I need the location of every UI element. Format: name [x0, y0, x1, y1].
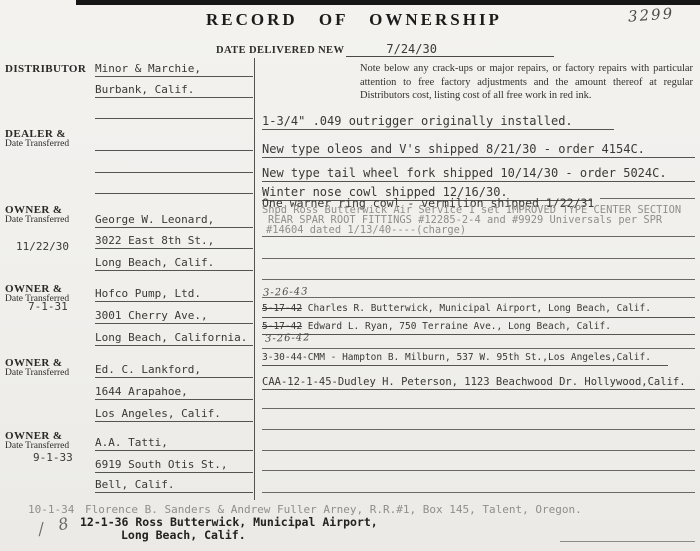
owner-name: Ed. C. Lankford, — [95, 361, 253, 378]
dealer-blank-line — [95, 134, 253, 151]
blank-rule — [262, 348, 695, 349]
distributor-city: Burbank, Calif. — [95, 81, 253, 98]
footer-entry-owner: 12-1-36 Ross Butterwick, Municipal Airpo… — [80, 515, 378, 529]
blank-rule — [262, 470, 695, 471]
blank-rule — [262, 450, 695, 451]
owner-sublabel: Date Transferred — [5, 368, 69, 378]
repair-entry: 1-3/4" .049 outrigger originally install… — [262, 113, 614, 130]
owner-city: Long Beach, Calif. — [95, 254, 253, 271]
blank-rule — [262, 429, 695, 430]
handwritten-mark: ∕ 8 — [36, 513, 75, 539]
transfer-entry: 5-17-42 Edward L. Ryan, 750 Terraine Ave… — [262, 319, 695, 335]
transfer-entry: 5-17-42 Charles R. Butterwick, Municipal… — [262, 301, 695, 318]
handwritten-date-correction: 3-26-42 — [265, 332, 311, 345]
top-border-rule — [76, 0, 700, 5]
factory-note-line: #14604 dated 1/13/40----(charge) — [262, 225, 695, 235]
owner-transfer-date: 7-1-31 — [28, 300, 68, 313]
page-title: RECORD OF OWNERSHIP — [206, 10, 502, 30]
owner-city: Bell, Calif. — [95, 476, 253, 493]
owner-street: 3022 East 8th St., — [95, 232, 253, 249]
transfer-entry: 3-30-44-CMM - Hampton B. Milburn, 537 W.… — [262, 350, 668, 366]
blank-rule — [262, 492, 695, 493]
distributor-blank-line — [95, 102, 253, 119]
record-of-ownership-page: 3299 RECORD OF OWNERSHIP DATE DELIVERED … — [0, 0, 700, 551]
owner-street: 3001 Cherry Ave., — [95, 307, 253, 324]
dealer-blank-line — [95, 156, 253, 173]
blank-rule — [262, 279, 695, 280]
struck-typed-date: 5-17-42 — [262, 321, 302, 332]
distributor-name: Minor & Marchie, — [95, 60, 253, 77]
dealer-blank-line — [95, 177, 253, 194]
owner-name: George W. Leonard, — [95, 211, 253, 228]
owner-street: 1644 Arapahoe, — [95, 383, 253, 400]
footer-entry-city: Long Beach, Calif. — [121, 528, 246, 542]
owner-transfer-date: 9-1-33 — [33, 451, 73, 464]
printed-instructions-note: Note below any crack-ups or major repair… — [360, 62, 693, 103]
blank-rule — [262, 408, 695, 409]
repair-entry: New type tail wheel fork shipped 10/14/3… — [262, 165, 695, 182]
rule-fragment — [560, 541, 695, 542]
struck-typed-date: 5-17-42 — [262, 303, 302, 314]
rule-fragment — [600, 198, 695, 199]
owner-name: A.A. Tatti, — [95, 434, 253, 451]
dealer-sublabel: Date Transferred — [5, 139, 69, 149]
repair-entry: New type oleos and V's shipped 8/21/30 -… — [262, 141, 695, 158]
handwritten-page-number: 3299 — [627, 4, 674, 25]
date-delivered-value: 7/24/30 — [346, 42, 554, 57]
factory-shipment-note: Shpd Ross Butterwick Air Service 1 set I… — [262, 205, 695, 235]
transfer-text: Charles R. Butterwick, Municipal Airport… — [308, 303, 651, 314]
owner-city: Long Beach, California. — [95, 329, 253, 346]
date-delivered-row: DATE DELIVERED NEW7/24/30 — [216, 40, 554, 58]
owner-sublabel: Date Transferred — [5, 441, 69, 451]
blank-rule — [262, 236, 695, 237]
handwritten-date-correction: 3-26-43 — [263, 286, 309, 299]
owner-transfer-date: 11/22/30 — [16, 240, 69, 253]
date-delivered-label: DATE DELIVERED NEW — [216, 45, 344, 56]
blank-rule — [262, 258, 695, 259]
blank-rule — [262, 297, 695, 298]
transfer-text: Edward L. Ryan, 750 Terraine Ave., Long … — [308, 321, 611, 332]
column-divider-rule — [254, 58, 255, 500]
owner-street: 6919 South Otis St., — [95, 456, 253, 473]
owner-city: Los Angeles, Calif. — [95, 405, 253, 422]
owner-name: Hofco Pump, Ltd. — [95, 285, 253, 302]
transfer-entry: CAA-12-1-45-Dudley H. Peterson, 1123 Bea… — [262, 374, 695, 390]
owner-sublabel: Date Transferred — [5, 215, 69, 225]
distributor-label: DISTRIBUTOR — [5, 63, 86, 75]
